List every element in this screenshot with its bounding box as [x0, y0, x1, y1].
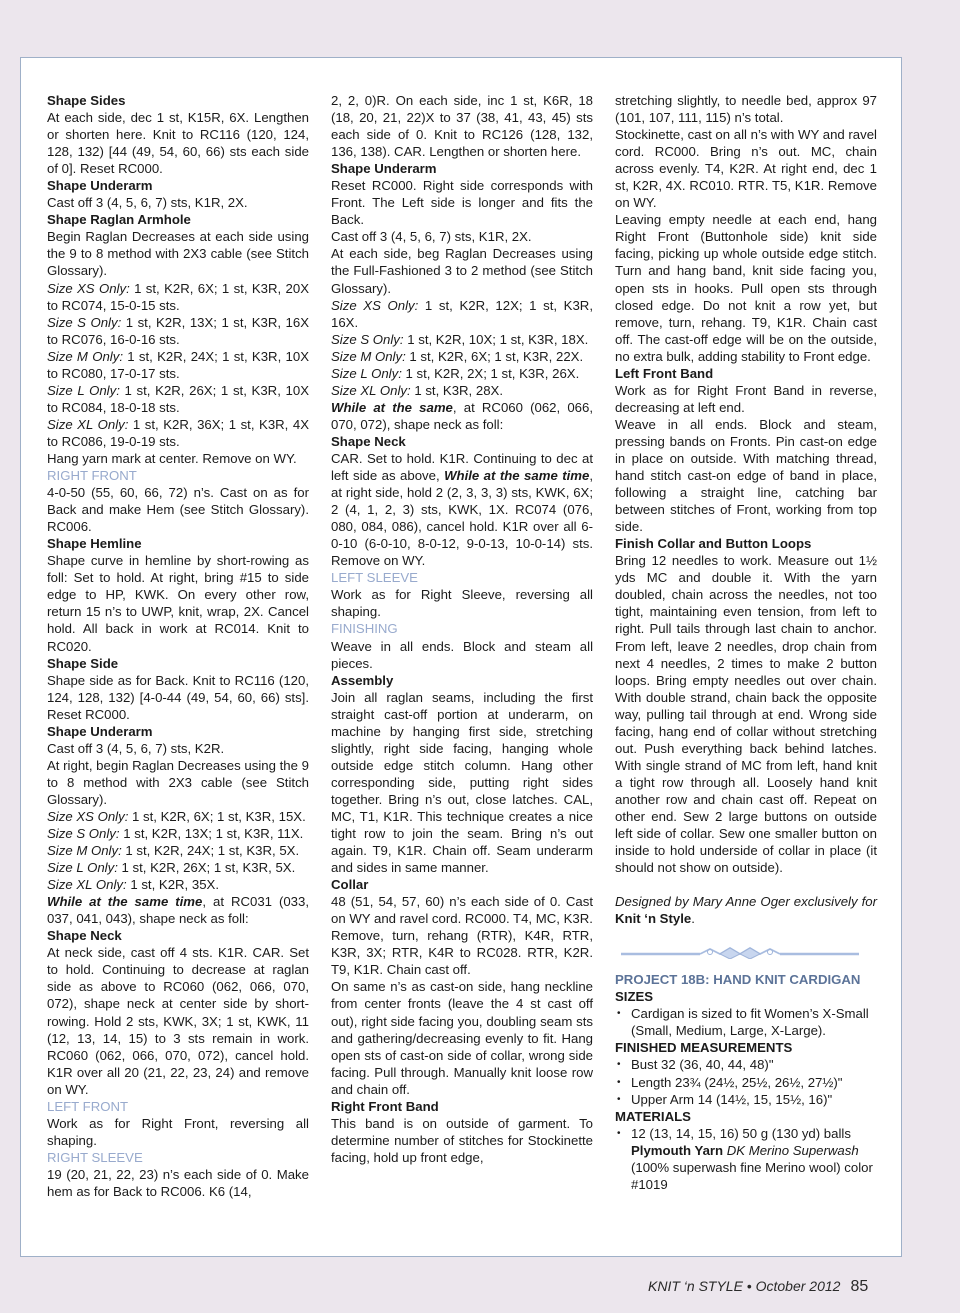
- paragraph: Work as for Right Front Band in reverse,…: [615, 382, 877, 416]
- size-instruction: Size L Only: 1 st, K2R, 2X; 1 st, K3R, 2…: [331, 365, 593, 382]
- size-text: 1 st, K2R, 2X; 1 st, K3R, 26X.: [402, 366, 579, 381]
- while-instruction: While at the same time, at RC031 (033, 0…: [47, 893, 309, 927]
- heading-finish-collar: Finish Collar and Button Loops: [615, 535, 877, 552]
- section-finishing: FINISHING: [331, 620, 593, 637]
- paragraph: At each side, dec 1 st, K15R, 6X. Length…: [47, 109, 309, 177]
- column-2: 2, 2, 0)R. On each side, inc 1 st, K6R, …: [331, 92, 593, 1166]
- size-label: Size L Only:: [331, 366, 402, 381]
- size-instruction: Size XL Only: 1 st, K2R, 36X; 1 st, K3R,…: [47, 416, 309, 450]
- size-text: 1 st, K2R, 26X; 1 st, K3R, 5X.: [118, 860, 295, 875]
- heading-shape-neck: Shape Neck: [47, 927, 309, 944]
- paragraph: Cast off 3 (4, 5, 6, 7) sts, K2R.: [47, 740, 309, 757]
- instruction-text: , at right side, hold 2 (2, 3, 3, 3) sts…: [331, 468, 593, 568]
- material-qty: 12 (13, 14, 15, 16) 50 g (130 yd) balls: [631, 1126, 851, 1141]
- paragraph: Weave in all ends. Block and steam all p…: [331, 638, 593, 672]
- size-label: Size S Only:: [47, 315, 121, 330]
- size-label: Size M Only:: [47, 349, 123, 364]
- list-item: Cardigan is sized to fit Women’s X-Small…: [615, 1005, 877, 1039]
- emphasis: While at the same time: [444, 468, 589, 483]
- size-label: Size XL Only:: [47, 877, 127, 892]
- heading-assembly: Assembly: [331, 672, 593, 689]
- paragraph: 19 (20, 21, 22, 23) n’s each side of 0. …: [47, 1166, 309, 1200]
- size-instruction: Size L Only: 1 st, K2R, 26X; 1 st, K3R, …: [47, 859, 309, 876]
- paragraph: Work as for Right Front, reversing all s…: [47, 1115, 309, 1149]
- size-instruction: Size XS Only: 1 st, K2R, 12X; 1 st, K3R,…: [331, 297, 593, 331]
- size-instruction: Size M Only: 1 st, K2R, 24X; 1 st, K3R, …: [47, 348, 309, 382]
- size-instruction: Size XL Only: 1 st, K3R, 28X.: [331, 382, 593, 399]
- designer-credit: Designed by Mary Anne Oger exclusively f…: [615, 893, 877, 927]
- while-instruction: While at the same, at RC060 (062, 066, 0…: [331, 399, 593, 433]
- paragraph: Cast off 3 (4, 5, 6, 7) sts, K1R, 2X.: [331, 228, 593, 245]
- size-instruction: Size S Only: 1 st, K2R, 13X; 1 st, K3R, …: [47, 314, 309, 348]
- credit-end: .: [691, 911, 695, 926]
- paragraph: Join all raglan seams, including the fir…: [331, 689, 593, 877]
- size-label: Size L Only:: [47, 860, 118, 875]
- heading-shape-underarm: Shape Underarm: [47, 723, 309, 740]
- size-text: 1 st, K2R, 10X; 1 st, K3R, 18X.: [404, 332, 589, 347]
- size-label: Size S Only:: [47, 826, 120, 841]
- size-instruction: Size XS Only: 1 st, K2R, 6X; 1 st, K3R, …: [47, 280, 309, 314]
- paragraph: At right, begin Raglan Decreases using t…: [47, 757, 309, 808]
- size-label: Size XS Only:: [47, 281, 130, 296]
- emphasis: While at the same: [331, 400, 453, 415]
- size-label: Size M Only:: [331, 349, 406, 364]
- paragraph: Shape curve in hemline by short-rowing a…: [47, 552, 309, 654]
- size-text: 1 st, K2R, 35X.: [127, 877, 219, 892]
- paragraph: Remove, turn, rehang (RTR), K4R, RTR, K3…: [331, 927, 593, 978]
- paragraph: This band is on outside of garment. To d…: [331, 1115, 593, 1166]
- paragraph: stretching slightly, to needle bed, appr…: [615, 92, 877, 126]
- size-instruction: Size M Only: 1 st, K2R, 6X; 1 st, K3R, 2…: [331, 348, 593, 365]
- size-label: Size L Only:: [47, 383, 120, 398]
- paragraph: Reset RC000. Right side corresponds with…: [331, 177, 593, 228]
- measurements-list: Bust 32 (36, 40, 44, 48)" Length 23¾ (24…: [615, 1056, 877, 1107]
- paragraph: Shape side as for Back. Knit to RC116 (1…: [47, 672, 309, 723]
- project-heading: PROJECT 18B: HAND KNIT CARDIGAN: [615, 971, 877, 988]
- heading-finished-measurements: FINISHED MEASUREMENTS: [615, 1039, 877, 1056]
- heading-shape-raglan-armhole: Shape Raglan Armhole: [47, 211, 309, 228]
- heading-shape-sides: Shape Sides: [47, 92, 309, 109]
- magazine-name: Knit ‘n Style: [615, 911, 691, 926]
- yarn-brand: Plymouth Yarn: [631, 1143, 723, 1158]
- size-text: 1 st, K2R, 13X; 1 st, K3R, 11X.: [120, 826, 304, 841]
- size-instruction: Size L Only: 1 st, K2R, 26X; 1 st, K3R, …: [47, 382, 309, 416]
- paragraph: 2, 2, 0)R. On each side, inc 1 st, K6R, …: [331, 92, 593, 160]
- size-instruction: Size S Only: 1 st, K2R, 13X; 1 st, K3R, …: [47, 825, 309, 842]
- heading-right-front-band: Right Front Band: [331, 1098, 593, 1115]
- paragraph: Work as for Right Sleeve, reversing all …: [331, 586, 593, 620]
- paragraph: 48 (51, 54, 57, 60) n’s each side of 0. …: [331, 893, 593, 927]
- size-instruction: Size M Only: 1 st, K2R, 24X; 1 st, K3R, …: [47, 842, 309, 859]
- paragraph: At each side, beg Raglan Decreases using…: [331, 245, 593, 296]
- heading-materials: MATERIALS: [615, 1108, 877, 1125]
- list-item: 12 (13, 14, 15, 16) 50 g (130 yd) balls …: [615, 1125, 877, 1193]
- paragraph: CAR. Set to hold. K1R. Continuing to dec…: [331, 450, 593, 569]
- heading-shape-underarm: Shape Underarm: [331, 160, 593, 177]
- size-label: Size XS Only:: [47, 809, 128, 824]
- paragraph: Weave in all ends. Block and steam, pres…: [615, 416, 877, 535]
- column-1: Shape Sides At each side, dec 1 st, K15R…: [47, 92, 309, 1200]
- paragraph: Hang yarn mark at center. Remove on WY.: [47, 450, 309, 467]
- page-footer: KNIT ‘n STYLE • October 201285: [648, 1278, 868, 1296]
- yarn-name: DK Merino Superwash: [723, 1143, 859, 1158]
- emphasis: While at the same time: [47, 894, 202, 909]
- size-instruction: Size S Only: 1 st, K2R, 10X; 1 st, K3R, …: [331, 331, 593, 348]
- heading-shape-side: Shape Side: [47, 655, 309, 672]
- sizes-list: Cardigan is sized to fit Women’s X-Small…: [615, 1005, 877, 1039]
- paragraph: Begin Raglan Decreases at each side usin…: [47, 228, 309, 279]
- list-item: Bust 32 (36, 40, 44, 48)": [615, 1056, 877, 1073]
- paragraph: Bring 12 needles to work. Measure out 1½…: [615, 552, 877, 876]
- size-instruction: Size XL Only: 1 st, K2R, 35X.: [47, 876, 309, 893]
- heading-sizes: SIZES: [615, 988, 877, 1005]
- footer-bullet: •: [743, 1278, 756, 1294]
- heading-shape-underarm: Shape Underarm: [47, 177, 309, 194]
- paragraph: Cast off 3 (4, 5, 6, 7) sts, K1R, 2X.: [47, 194, 309, 211]
- heading-shape-neck: Shape Neck: [331, 433, 593, 450]
- list-item: Length 23¾ (24½, 25½, 26½, 27½)": [615, 1074, 877, 1091]
- paragraph: 4-0-50 (55, 60, 66, 72) n’s. Cast on as …: [47, 484, 309, 535]
- spacer: [615, 876, 877, 893]
- materials-list: 12 (13, 14, 15, 16) 50 g (130 yd) balls …: [615, 1125, 877, 1193]
- size-text: 1 st, K2R, 24X; 1 st, K3R, 5X.: [122, 843, 299, 858]
- size-text: 1 st, K2R, 6X; 1 st, K3R, 15X.: [128, 809, 305, 824]
- paragraph: On same n’s as cast-on side, hang neckli…: [331, 978, 593, 1097]
- column-3: stretching slightly, to needle bed, appr…: [615, 92, 877, 1193]
- heading-shape-hemline: Shape Hemline: [47, 535, 309, 552]
- paragraph: Leaving empty needle at each end, hang R…: [615, 211, 877, 364]
- paragraph: Stockinette, cast on all n’s with WY and…: [615, 126, 877, 211]
- credit-text: Designed by Mary Anne Oger exclusively f…: [615, 894, 877, 909]
- section-right-sleeve: RIGHT SLEEVE: [47, 1149, 309, 1166]
- footer-magazine: KNIT ‘n STYLE: [648, 1278, 743, 1294]
- size-label: Size S Only:: [331, 332, 404, 347]
- footer-issue: October 2012: [756, 1278, 841, 1294]
- size-label: Size XL Only:: [331, 383, 411, 398]
- size-label: Size XL Only:: [47, 417, 128, 432]
- section-left-front: LEFT FRONT: [47, 1098, 309, 1115]
- size-label: Size M Only:: [47, 843, 122, 858]
- size-label: Size XS Only:: [331, 298, 418, 313]
- section-left-sleeve: LEFT SLEEVE: [331, 569, 593, 586]
- size-instruction: Size XS Only: 1 st, K2R, 6X; 1 st, K3R, …: [47, 808, 309, 825]
- paragraph: At neck side, cast off 4 sts. K1R. CAR. …: [47, 944, 309, 1097]
- ornamental-divider-icon: [615, 945, 877, 959]
- size-text: 1 st, K3R, 28X.: [411, 383, 503, 398]
- section-right-front: RIGHT FRONT: [47, 467, 309, 484]
- page-number: 85: [850, 1278, 868, 1295]
- heading-collar: Collar: [331, 876, 593, 893]
- material-detail: (100% superwash fine Merino wool) color …: [631, 1160, 873, 1192]
- size-text: 1 st, K2R, 6X; 1 st, K3R, 22X.: [406, 349, 583, 364]
- list-item: Upper Arm 14 (14½, 15, 15½, 16)": [615, 1091, 877, 1108]
- heading-left-front-band: Left Front Band: [615, 365, 877, 382]
